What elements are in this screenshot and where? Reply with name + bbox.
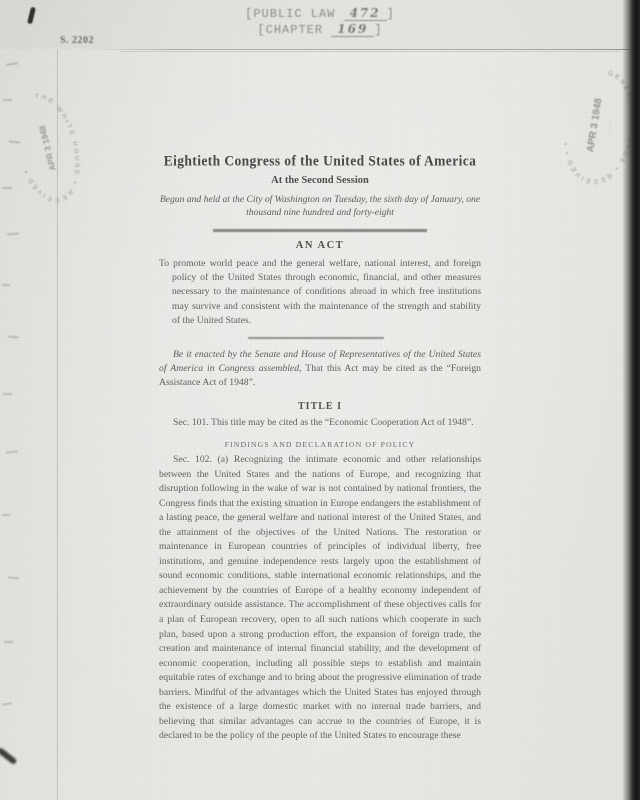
convened-line: Begun and held at the City of Washington… xyxy=(149,194,491,219)
session-heading: At the Second Session xyxy=(159,175,481,186)
scan-artifact-tick xyxy=(4,641,13,643)
page-top-edge-line xyxy=(88,49,636,50)
scan-artifact-tick xyxy=(8,577,19,580)
chapter-suffix: ] xyxy=(374,23,382,37)
title-one-heading: TITLE I xyxy=(159,401,481,412)
stamp-date: APR 3 1948 xyxy=(37,124,58,172)
public-law-suffix: ] xyxy=(387,7,395,21)
received-stamp-left: THE WHITE HOUSE • RECEIVED • APR 3 1948 … xyxy=(0,77,101,224)
scan-artifact-tick xyxy=(8,335,19,338)
heading-rule xyxy=(213,229,427,232)
public-law-annotation: [PUBLIC LAW 472] xyxy=(0,6,640,21)
public-law-number-handwritten: 472 xyxy=(344,6,387,21)
scanned-document-page: [PUBLIC LAW 472] [CHAPTER 169] S. 2202 T… xyxy=(0,0,640,800)
act-preamble: To promote world peace and the general w… xyxy=(159,257,481,328)
bill-number: S. 2202 xyxy=(60,35,94,46)
stamp-note: ········ xyxy=(606,121,613,134)
chapter-annotation: [CHAPTER 169] xyxy=(0,22,640,37)
an-act-caption: AN ACT xyxy=(159,240,481,251)
chapter-number-handwritten: 169 xyxy=(331,22,374,37)
stamp-date: APR 3 1948 xyxy=(585,97,604,153)
section-102-paragraph: Sec. 102. (a) Recognizing the intimate e… xyxy=(159,453,481,744)
scan-artifact-tick xyxy=(6,62,18,66)
scan-artifact-tick xyxy=(2,187,12,189)
enacting-clause: Be it enacted by the Senate and House of… xyxy=(159,348,481,391)
scan-artifact-tick xyxy=(3,393,12,395)
stamp-side-marks: ······· xyxy=(56,139,64,151)
chapter-prefix: [CHAPTER xyxy=(257,23,323,37)
ink-blot xyxy=(0,747,18,765)
public-law-prefix: [PUBLIC LAW xyxy=(245,7,335,21)
preamble-rule xyxy=(248,337,384,339)
congress-heading: Eightieth Congress of the United States … xyxy=(159,152,481,169)
scan-artifact-tick xyxy=(2,284,10,286)
section-101: Sec. 101. This title may be cited as the… xyxy=(159,416,481,430)
scan-artifact-tick xyxy=(2,702,12,705)
scan-artifact-tick xyxy=(6,450,18,453)
scan-right-dark-edge xyxy=(622,0,640,800)
scan-artifact-tick xyxy=(2,514,10,516)
findings-heading: FINDINGS AND DECLARATION OF POLICY xyxy=(159,440,481,449)
scan-artifact-tick xyxy=(7,232,19,235)
page-top-edge-line-secondary xyxy=(120,51,620,52)
